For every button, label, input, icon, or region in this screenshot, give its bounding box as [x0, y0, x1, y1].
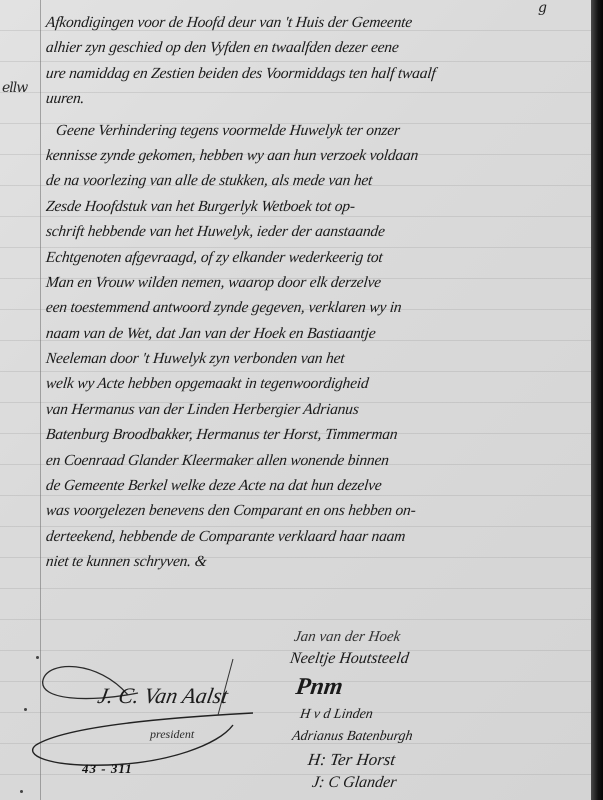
record-line: Batenburg Broodbakker, Hermanus ter Hors…: [45, 422, 588, 447]
record-line: derteekend, hebbende de Comparante verkl…: [45, 524, 588, 549]
ink-speck: [24, 708, 27, 711]
record-line: Man en Vrouw wilden nemen, waarop door e…: [45, 270, 588, 295]
document-page: g ellw Afkondigingen voor de Hoofd deur …: [0, 0, 591, 800]
president-name: J. C. Van Aalst: [96, 683, 230, 709]
signature: Adrianus Batenburgh: [288, 726, 571, 748]
record-line: ure namiddag en Zestien beiden des Voorm…: [45, 61, 588, 86]
record-line: schrift hebbende van het Huwelyk, ieder …: [45, 219, 588, 244]
record-line: en Coenraad Glander Kleermaker allen won…: [45, 448, 588, 473]
record-line: Geene Verhindering tegens voormelde Huwe…: [45, 118, 588, 143]
record-line: Zesde Hoofdstuk van het Burgerlyk Wetboe…: [45, 194, 588, 219]
record-line: Echtgenoten afgevraagd, of zy elkander w…: [45, 245, 588, 270]
record-line: kennisse zynde gekomen, hebben wy aan hu…: [45, 143, 588, 168]
folio-number: 43 - 311: [82, 761, 133, 777]
signature: Pnm: [288, 670, 573, 704]
signature: H: Ter Horst: [288, 748, 571, 772]
record-line: Afkondigingen voor de Hoofd deur van 't …: [45, 10, 588, 35]
record-line: van Hermanus van der Linden Herbergier A…: [45, 397, 588, 422]
margin-note: ellw: [2, 80, 27, 96]
record-line: de Gemeente Berkel welke deze Acte na da…: [45, 473, 588, 498]
record-line: Neeleman door 't Huwelyk zyn verbonden v…: [45, 346, 588, 371]
witness-signatures: Jan van der Hoek Neeltje Houtsteeld Pnm …: [290, 626, 570, 794]
record-line: een toestemmend antwoord zynde gegeven, …: [45, 295, 588, 320]
signature: Neeltje Houtsteeld: [288, 648, 571, 670]
record-line: alhier zyn geschied op den Vyfden en twa…: [45, 35, 588, 60]
record-line: welk wy Acte hebben opgemaakt in tegenwo…: [45, 371, 588, 396]
signature: H v d Linden: [288, 704, 571, 726]
record-body: Afkondigingen voor de Hoofd deur van 't …: [46, 10, 586, 575]
scan-edge: [591, 0, 603, 800]
record-line: was voorgelezen benevens den Comparant e…: [45, 498, 588, 523]
record-line: uuren.: [45, 86, 588, 111]
president-title: president: [150, 727, 194, 742]
flourish-icon: [28, 655, 278, 785]
record-line: de na voorlezing van alle de stukken, al…: [45, 168, 588, 193]
signature: J: C Glander: [288, 772, 571, 794]
record-line: naam van de Wet, dat Jan van der Hoek en…: [45, 321, 588, 346]
president-signature-block: J. C. Van Aalst president 43 - 311: [28, 655, 278, 785]
record-line: niet te kunnen schryven. &: [45, 549, 588, 574]
ink-speck: [36, 656, 39, 659]
ink-speck: [20, 790, 23, 793]
signature: Jan van der Hoek: [288, 626, 571, 648]
